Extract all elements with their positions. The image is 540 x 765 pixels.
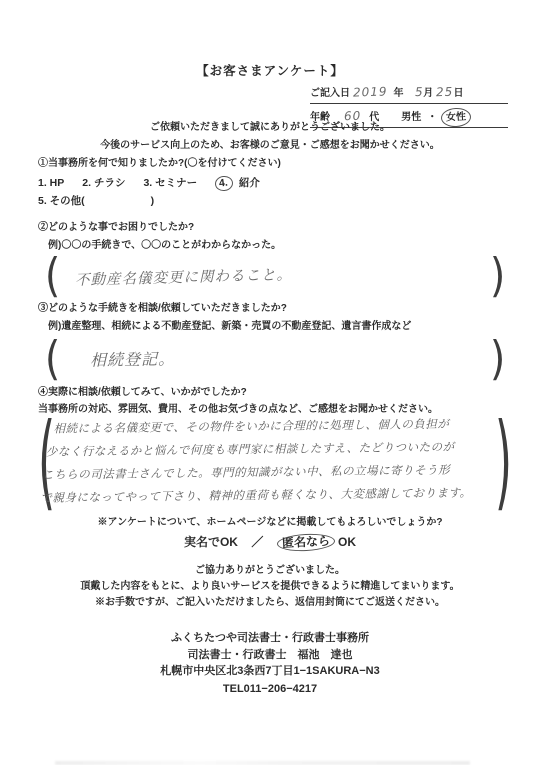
publish-choices: 実名でOK ／ 匿名なら OK (0, 533, 540, 551)
closing-promise: 頂戴した内容をもとに、より良いサービスを提供できるように精進してまいります。 (0, 580, 540, 594)
q1-option-other-row: 5. その他( ) (38, 193, 154, 208)
q1-options: 1. HP 2. チラシ 3. セミナー 4. 紹介 (38, 175, 260, 191)
q4-bracket-right: ) (495, 412, 512, 513)
q1-option-flyer: 2. チラシ (82, 175, 125, 190)
q1-referral-circle-mark: 4. (214, 175, 233, 192)
q1-option-referral: 4. 紹介 (215, 175, 260, 191)
publish-separator: ／ (251, 535, 263, 549)
q3-answer-handwritten: 相続登記。 (90, 346, 175, 370)
q2-answer-box: ( ) 不動産名儀変更に関わること。 (44, 253, 506, 300)
date-month-handwritten: 5 (414, 85, 423, 99)
q3-bracket-left: ( (44, 334, 61, 384)
year-suffix: 年 (394, 84, 404, 99)
q1-option-hp: 1. HP (38, 177, 64, 189)
publish-anonymous-option: 匿名なら (281, 534, 330, 550)
q1-question: ①当事務所を何で知りましたか?(〇を付けてください) (38, 157, 281, 171)
q2-example: 例)〇〇の手続きで、〇〇のことがわからなかった。 (48, 239, 281, 253)
footer-phone: TEL011−206−4217 (0, 682, 540, 697)
footer-office-name: ふくちたつや司法書士・行政書士事務所 (0, 631, 540, 646)
q1-option-referral-number: 4. (218, 177, 228, 190)
footer-address: 札幌市中央区北3条西7丁目1−1SAKURA−N3 (0, 664, 540, 679)
q3-question: ③どのような手続きを相談/依頼していただきましたか? (38, 302, 287, 316)
date-year-handwritten: 2019 (353, 84, 388, 99)
publish-question: ※アンケートについて、ホームページなどに掲載してもよろしいでしょうか? (0, 516, 540, 530)
q3-bracket-right: ) (489, 334, 506, 384)
q1-option-other-close: ) (151, 195, 155, 207)
date-day-handwritten: 25 (436, 85, 454, 100)
survey-title: 【お客さまアンケート】 (0, 61, 540, 79)
intro-request-line: 今後のサービス向上のため、お客様のご意見・ご感想をお聞かせください。 (0, 139, 540, 153)
date-label: ご記入日 (310, 84, 350, 99)
intro-thanks-line: ご依頼いただきまして誠にありがとうございました。 (0, 121, 540, 135)
month-suffix: 月 (423, 84, 433, 99)
q2-bracket-left: ( (44, 253, 61, 300)
q3-answer-box: ( ) 相続登記。 (44, 334, 506, 384)
q3-example: 例)遺産整理、相続による不動産登記、新築・売買の不動産登記、遺言書作成など (48, 320, 411, 334)
publish-anonymous-ok: OK (338, 535, 356, 549)
q2-bracket-right: ) (489, 253, 506, 300)
survey-document: 【お客さまアンケート】 ご記入日 2019 年 5 月 25 日 年齢 60 代… (0, 0, 540, 765)
q1-option-other-open: 5. その他( (38, 193, 85, 208)
q1-option-seminar: 3. セミナー (143, 175, 197, 190)
entry-date-row: ご記入日 2019 年 5 月 25 日 (310, 84, 508, 104)
q2-question: ②どのような事でお困りでしたか? (38, 221, 194, 235)
q4-answer-handwritten: 相続による名儀変更で、その物件をいかに合理的に処理し、個人の負担が 少なく行なえ… (53, 412, 471, 509)
footer-representative: 司法書士・行政書士 福池 達也 (0, 648, 540, 663)
closing-return-note: ※お手数ですが、ご記入いただけましたら、返信用封筒にてご返送ください。 (0, 596, 540, 610)
scan-artifact (55, 761, 470, 765)
q2-answer-handwritten: 不動産名儀変更に関わること。 (75, 263, 292, 290)
q4-answer-line-4: で親身になってやって下さり、精神的重荷も軽くなり、大変感謝しております。 (40, 481, 471, 509)
publish-anonymous-circle-mark: 匿名なら (276, 532, 335, 552)
q1-option-referral-label: 紹介 (239, 177, 260, 189)
q4-question: ④実際に相談/依頼してみて、いかがでしたか? (38, 386, 247, 400)
publish-realname-option: 実名でOK (184, 535, 238, 549)
q4-answer-box: ( ) 相続による名儀変更で、その物件をいかに合理的に処理し、個人の負担が 少な… (38, 412, 512, 513)
closing-thanks: ご協力ありがとうございました。 (0, 564, 540, 578)
day-suffix: 日 (453, 84, 463, 99)
